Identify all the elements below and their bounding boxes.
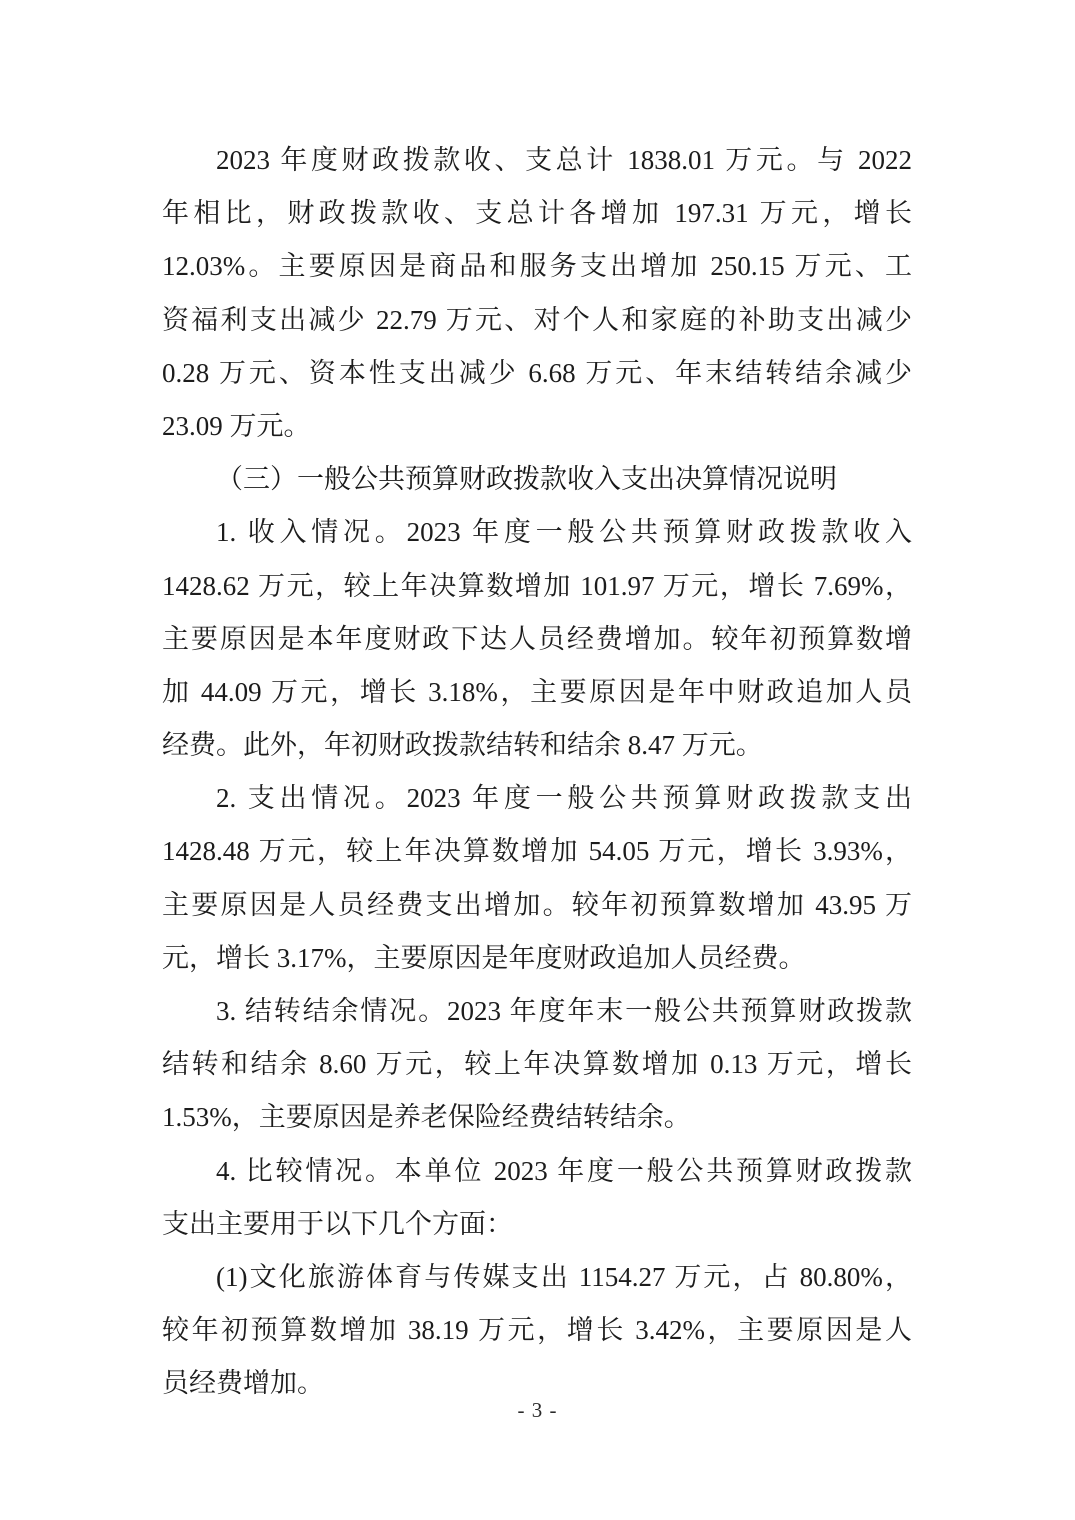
text-line: 23.09 万元。 <box>162 400 912 453</box>
text-line: 较年初预算数增加 38.19 万元，增长 3.42%，主要原因是人 <box>162 1304 912 1357</box>
text-line: 12.03%。主要原因是商品和服务支出增加 250.15 万元、工 <box>162 240 912 293</box>
paragraph: 1. 收入情况。2023 年度一般公共预算财政拨款收入1428.62 万元，较上… <box>162 506 912 772</box>
text-line: 主要原因是人员经费支出增加。较年初预算数增加 43.95 万 <box>162 879 912 932</box>
text-line: 1. 收入情况。2023 年度一般公共预算财政拨款收入 <box>162 506 912 559</box>
text-line: (1)文化旅游体育与传媒支出 1154.27 万元，占 80.80%， <box>162 1251 912 1304</box>
text-line: 资福利支出减少 22.79 万元、对个人和家庭的补助支出减少 <box>162 294 912 347</box>
text-line: 主要原因是本年度财政下达人员经费增加。较年初预算数增 <box>162 613 912 666</box>
text-line: 1.53%，主要原因是养老保险经费结转结余。 <box>162 1091 912 1144</box>
paragraph: 2023 年度财政拨款收、支总计 1838.01 万元。与 2022年相比，财政… <box>162 134 912 453</box>
text-line: 0.28 万元、资本性支出减少 6.68 万元、年末结转结余减少 <box>162 347 912 400</box>
document-body: 2023 年度财政拨款收、支总计 1838.01 万元。与 2022年相比，财政… <box>162 134 912 1411</box>
text-line: 1428.48 万元，较上年决算数增加 54.05 万元，增长 3.93%， <box>162 825 912 878</box>
text-line: 1428.62 万元，较上年决算数增加 101.97 万元，增长 7.69%， <box>162 560 912 613</box>
text-line: （三）一般公共预算财政拨款收入支出决算情况说明 <box>162 453 912 506</box>
text-line: 3. 结转结余情况。2023 年度年末一般公共预算财政拨款 <box>162 985 912 1038</box>
text-line: 经费。此外，年初财政拨款结转和结余 8.47 万元。 <box>162 719 912 772</box>
paragraph: 2. 支出情况。2023 年度一般公共预算财政拨款支出1428.48 万元，较上… <box>162 772 912 985</box>
text-line: 结转和结余 8.60 万元，较上年决算数增加 0.13 万元，增长 <box>162 1038 912 1091</box>
text-line: 2023 年度财政拨款收、支总计 1838.01 万元。与 2022 <box>162 134 912 187</box>
text-line: 4. 比较情况。本单位 2023 年度一般公共预算财政拨款 <box>162 1145 912 1198</box>
paragraph: 3. 结转结余情况。2023 年度年末一般公共预算财政拨款结转和结余 8.60 … <box>162 985 912 1145</box>
text-line: 元，增长 3.17%，主要原因是年度财政追加人员经费。 <box>162 932 912 985</box>
text-line: 支出主要用于以下几个方面： <box>162 1198 912 1251</box>
paragraph: 4. 比较情况。本单位 2023 年度一般公共预算财政拨款支出主要用于以下几个方… <box>162 1145 912 1251</box>
section-heading: （三）一般公共预算财政拨款收入支出决算情况说明 <box>162 453 912 506</box>
document-page: 2023 年度财政拨款收、支总计 1838.01 万元。与 2022年相比，财政… <box>0 0 1075 1520</box>
text-line: 2. 支出情况。2023 年度一般公共预算财政拨款支出 <box>162 772 912 825</box>
text-line: 加 44.09 万元，增长 3.18%，主要原因是年中财政追加人员 <box>162 666 912 719</box>
page-number: - 3 - <box>0 1394 1075 1426</box>
text-line: 年相比，财政拨款收、支总计各增加 197.31 万元，增长 <box>162 187 912 240</box>
paragraph: (1)文化旅游体育与传媒支出 1154.27 万元，占 80.80%，较年初预算… <box>162 1251 912 1411</box>
